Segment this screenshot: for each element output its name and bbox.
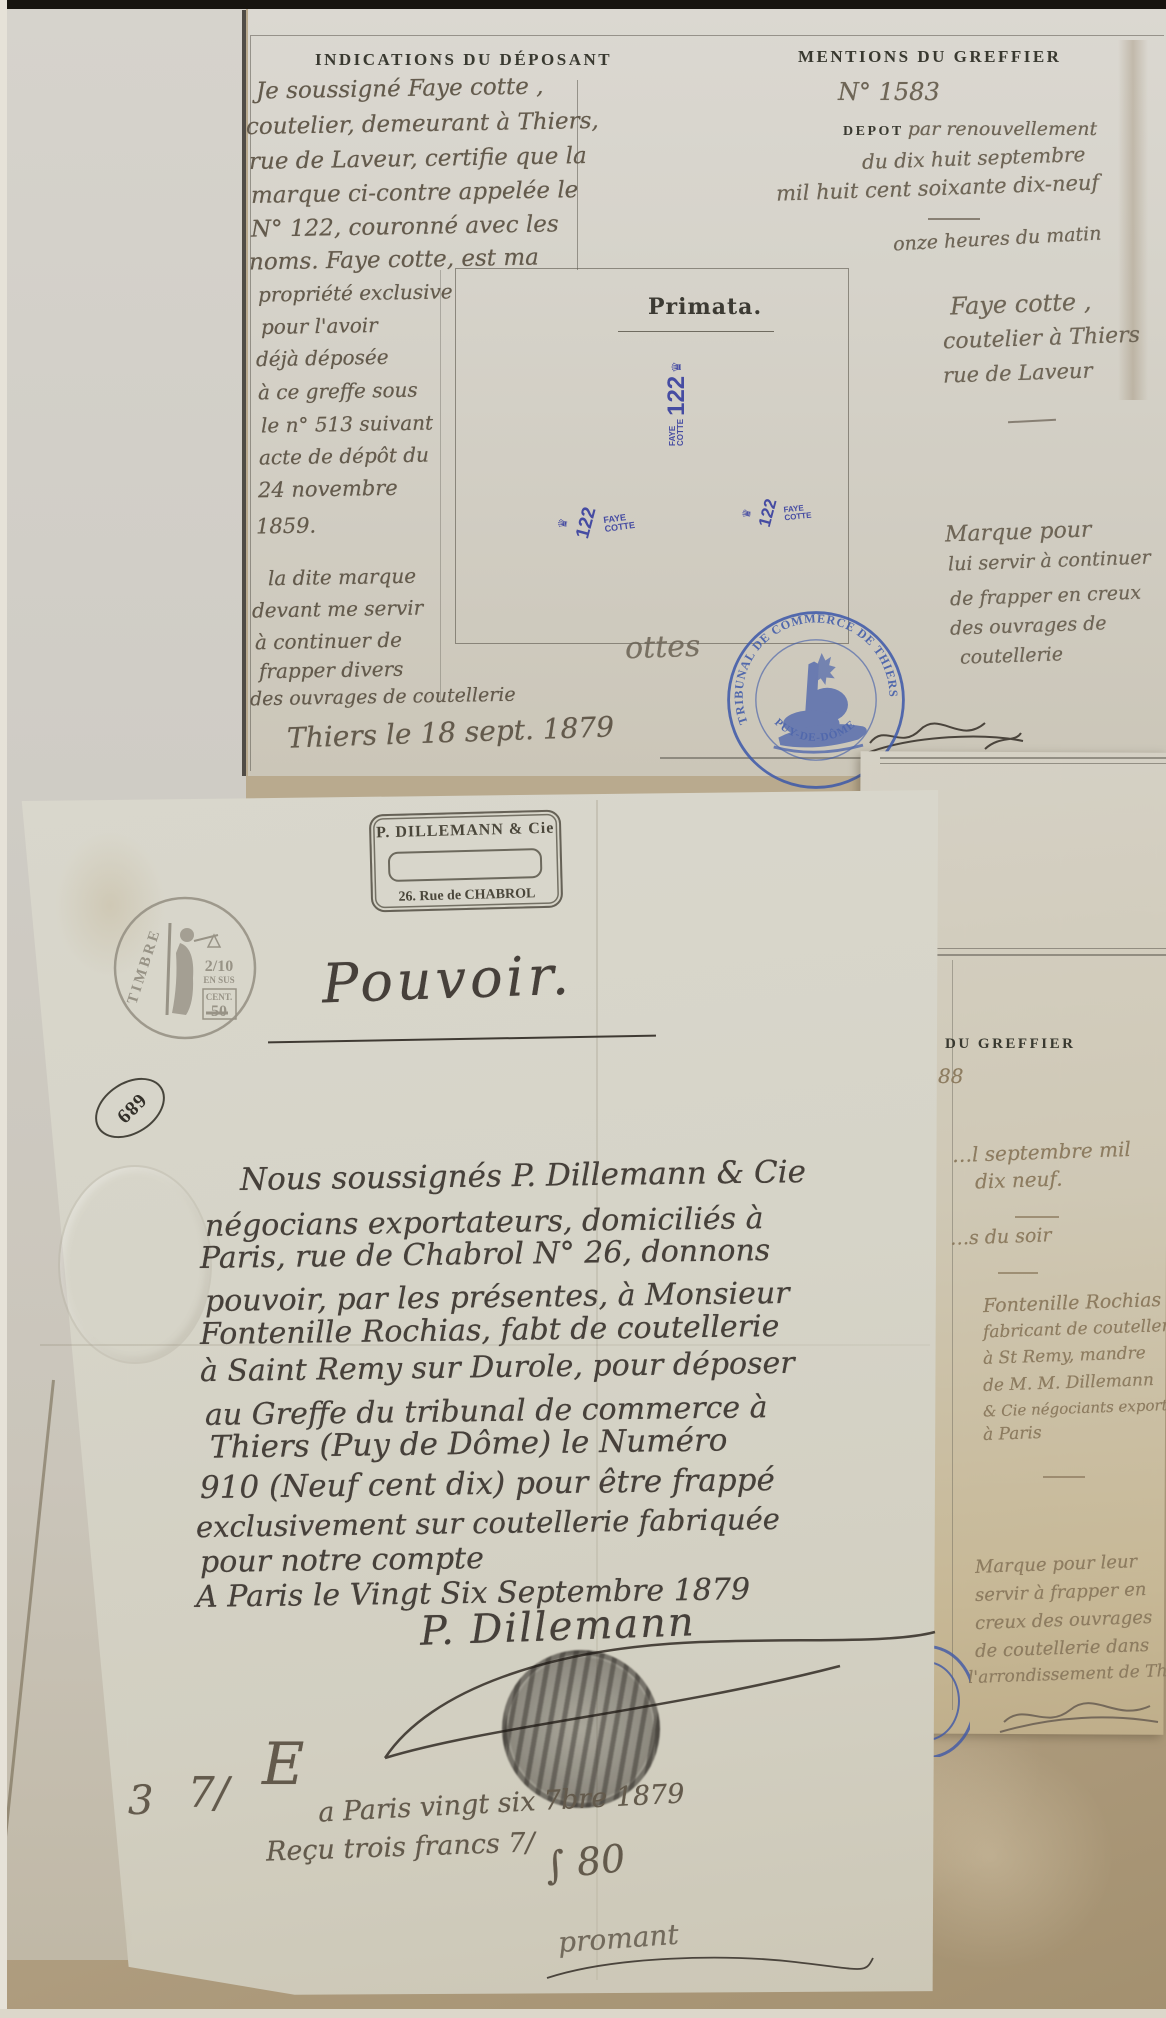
crown-icon: ♛ bbox=[555, 516, 572, 529]
clerk-signature-flourish bbox=[545, 1948, 875, 1988]
pouvoir-body-line: pour notre compte bbox=[200, 1541, 484, 1580]
deposant-line: le n° 513 suivant bbox=[261, 411, 433, 438]
deposant-header: INDICATIONS DU DÉPOSANT bbox=[315, 50, 612, 70]
embossed-dry-seal bbox=[58, 1165, 212, 1364]
deposant-line: Je soussigné Faye cotte , bbox=[256, 73, 544, 104]
depot-label: DEPOT bbox=[843, 124, 904, 139]
registration-flourish-initial: E bbox=[262, 1730, 304, 1798]
depot-suffix: par renouvellement bbox=[908, 118, 1097, 140]
address-stamp-inner-box bbox=[388, 848, 543, 882]
greffier-depot-line: DEPOT par renouvellement bbox=[843, 118, 1097, 140]
deposant-line: pour l'avoir bbox=[261, 313, 378, 339]
timbre-surcharge: 2/10 bbox=[205, 958, 233, 975]
deposant-line: propriété exclusive bbox=[258, 279, 453, 306]
trademark-stamp-vertical: FAYECOTTE 122 ♛ bbox=[655, 366, 699, 446]
right-form-numero: 88 bbox=[938, 1064, 963, 1088]
greffier-numero: N° 1583 bbox=[838, 78, 940, 106]
mark-name-text: FAYECOTTE bbox=[783, 504, 812, 523]
mark-name-text: FAYECOTTE bbox=[669, 419, 685, 446]
oval-stamp-number: 689 bbox=[110, 1088, 150, 1128]
right-form-identity-line: à Paris bbox=[983, 1423, 1042, 1445]
photo-left-border bbox=[0, 0, 7, 2018]
deposant-line: devant me servir bbox=[252, 596, 424, 623]
timbre-fiscal-seal: TIMBRE 2/10 EN SUS CENT. 50 bbox=[110, 893, 260, 1043]
greffier-header: MENTIONS DU GREFFIER bbox=[798, 47, 1061, 67]
trademark-stamp: ♛ 122 FAYECOTTE bbox=[558, 512, 635, 534]
deposant-line: la dite marque bbox=[268, 564, 416, 591]
deposant-line: N° 122, couronné avec les bbox=[251, 211, 559, 242]
greffier-marque-line: Marque pour bbox=[945, 517, 1092, 547]
deposant-line: déjà déposée bbox=[256, 345, 389, 371]
greffier-identity-line: Faye cotte , bbox=[950, 288, 1092, 321]
deposant-line: 1859. bbox=[256, 513, 317, 538]
address-stamp-street: 26. Rue de CHABROL bbox=[373, 886, 561, 907]
photo-bottom-border bbox=[0, 2009, 1166, 2018]
deposant-line: à ce greffe sous bbox=[258, 378, 418, 405]
pouvoir-title: Pouvoir. bbox=[321, 944, 574, 1016]
address-stamp-name: P. DILLEMANN & Cie bbox=[371, 820, 559, 843]
timbre-label: TIMBRE bbox=[125, 926, 165, 1006]
deposant-line: à continuer de bbox=[255, 628, 402, 655]
narrow-column-divider bbox=[440, 270, 441, 700]
photo-top-border bbox=[0, 0, 1166, 9]
fee-figure: 7/ bbox=[188, 1768, 229, 1817]
timbre-cent: CENT. bbox=[206, 992, 233, 1002]
pouvoir-body-line: Thiers (Puy de Dôme) le Numéro bbox=[210, 1422, 728, 1465]
fee-figure: 3 bbox=[128, 1778, 153, 1824]
greffier-marque-line: coutellerie bbox=[960, 643, 1064, 669]
right-form-date-line: dix neuf. bbox=[975, 1166, 1063, 1193]
deposant-line: des ouvrages de coutellerie bbox=[250, 684, 516, 711]
photo-of-documents: INDICATIONS DU DÉPOSANT MENTIONS DU GREF… bbox=[0, 0, 1166, 2018]
deposant-line: frapper divers bbox=[259, 657, 404, 684]
primata-label: Primata. bbox=[648, 294, 762, 320]
mark-specimen-box bbox=[455, 268, 849, 644]
deposant-line: acte de dépôt du bbox=[259, 443, 429, 470]
numero-label: N° bbox=[838, 78, 871, 106]
crown-icon: ♛ bbox=[740, 507, 755, 519]
numero-value: 1583 bbox=[879, 78, 940, 106]
trademark-stamp: ♛ 122 FAYECOTTE bbox=[742, 503, 811, 523]
dillemann-address-stamp: P. DILLEMANN & Cie 26. Rue de CHABROL bbox=[369, 810, 563, 913]
right-form-header-fragment: DU GREFFIER bbox=[945, 1036, 1075, 1053]
mark-name-text: FAYECOTTE bbox=[603, 512, 636, 534]
timbre-surcharge2: EN SUS bbox=[203, 975, 234, 985]
right-form-signature-flourish bbox=[1000, 1692, 1160, 1740]
receipt-signature: ∫ 80 bbox=[543, 1836, 627, 1888]
deposant-line: 24 novembre bbox=[258, 476, 398, 502]
crown-icon: ♛ bbox=[669, 361, 685, 373]
form-top-rule bbox=[250, 35, 1164, 36]
form-left-rule bbox=[250, 36, 251, 771]
seal-figure-icon bbox=[774, 648, 867, 752]
timbre-value: 50 bbox=[211, 1003, 227, 1020]
right-form-date-line: …s du soir bbox=[950, 1224, 1052, 1250]
mark-number: 122 bbox=[663, 376, 691, 416]
